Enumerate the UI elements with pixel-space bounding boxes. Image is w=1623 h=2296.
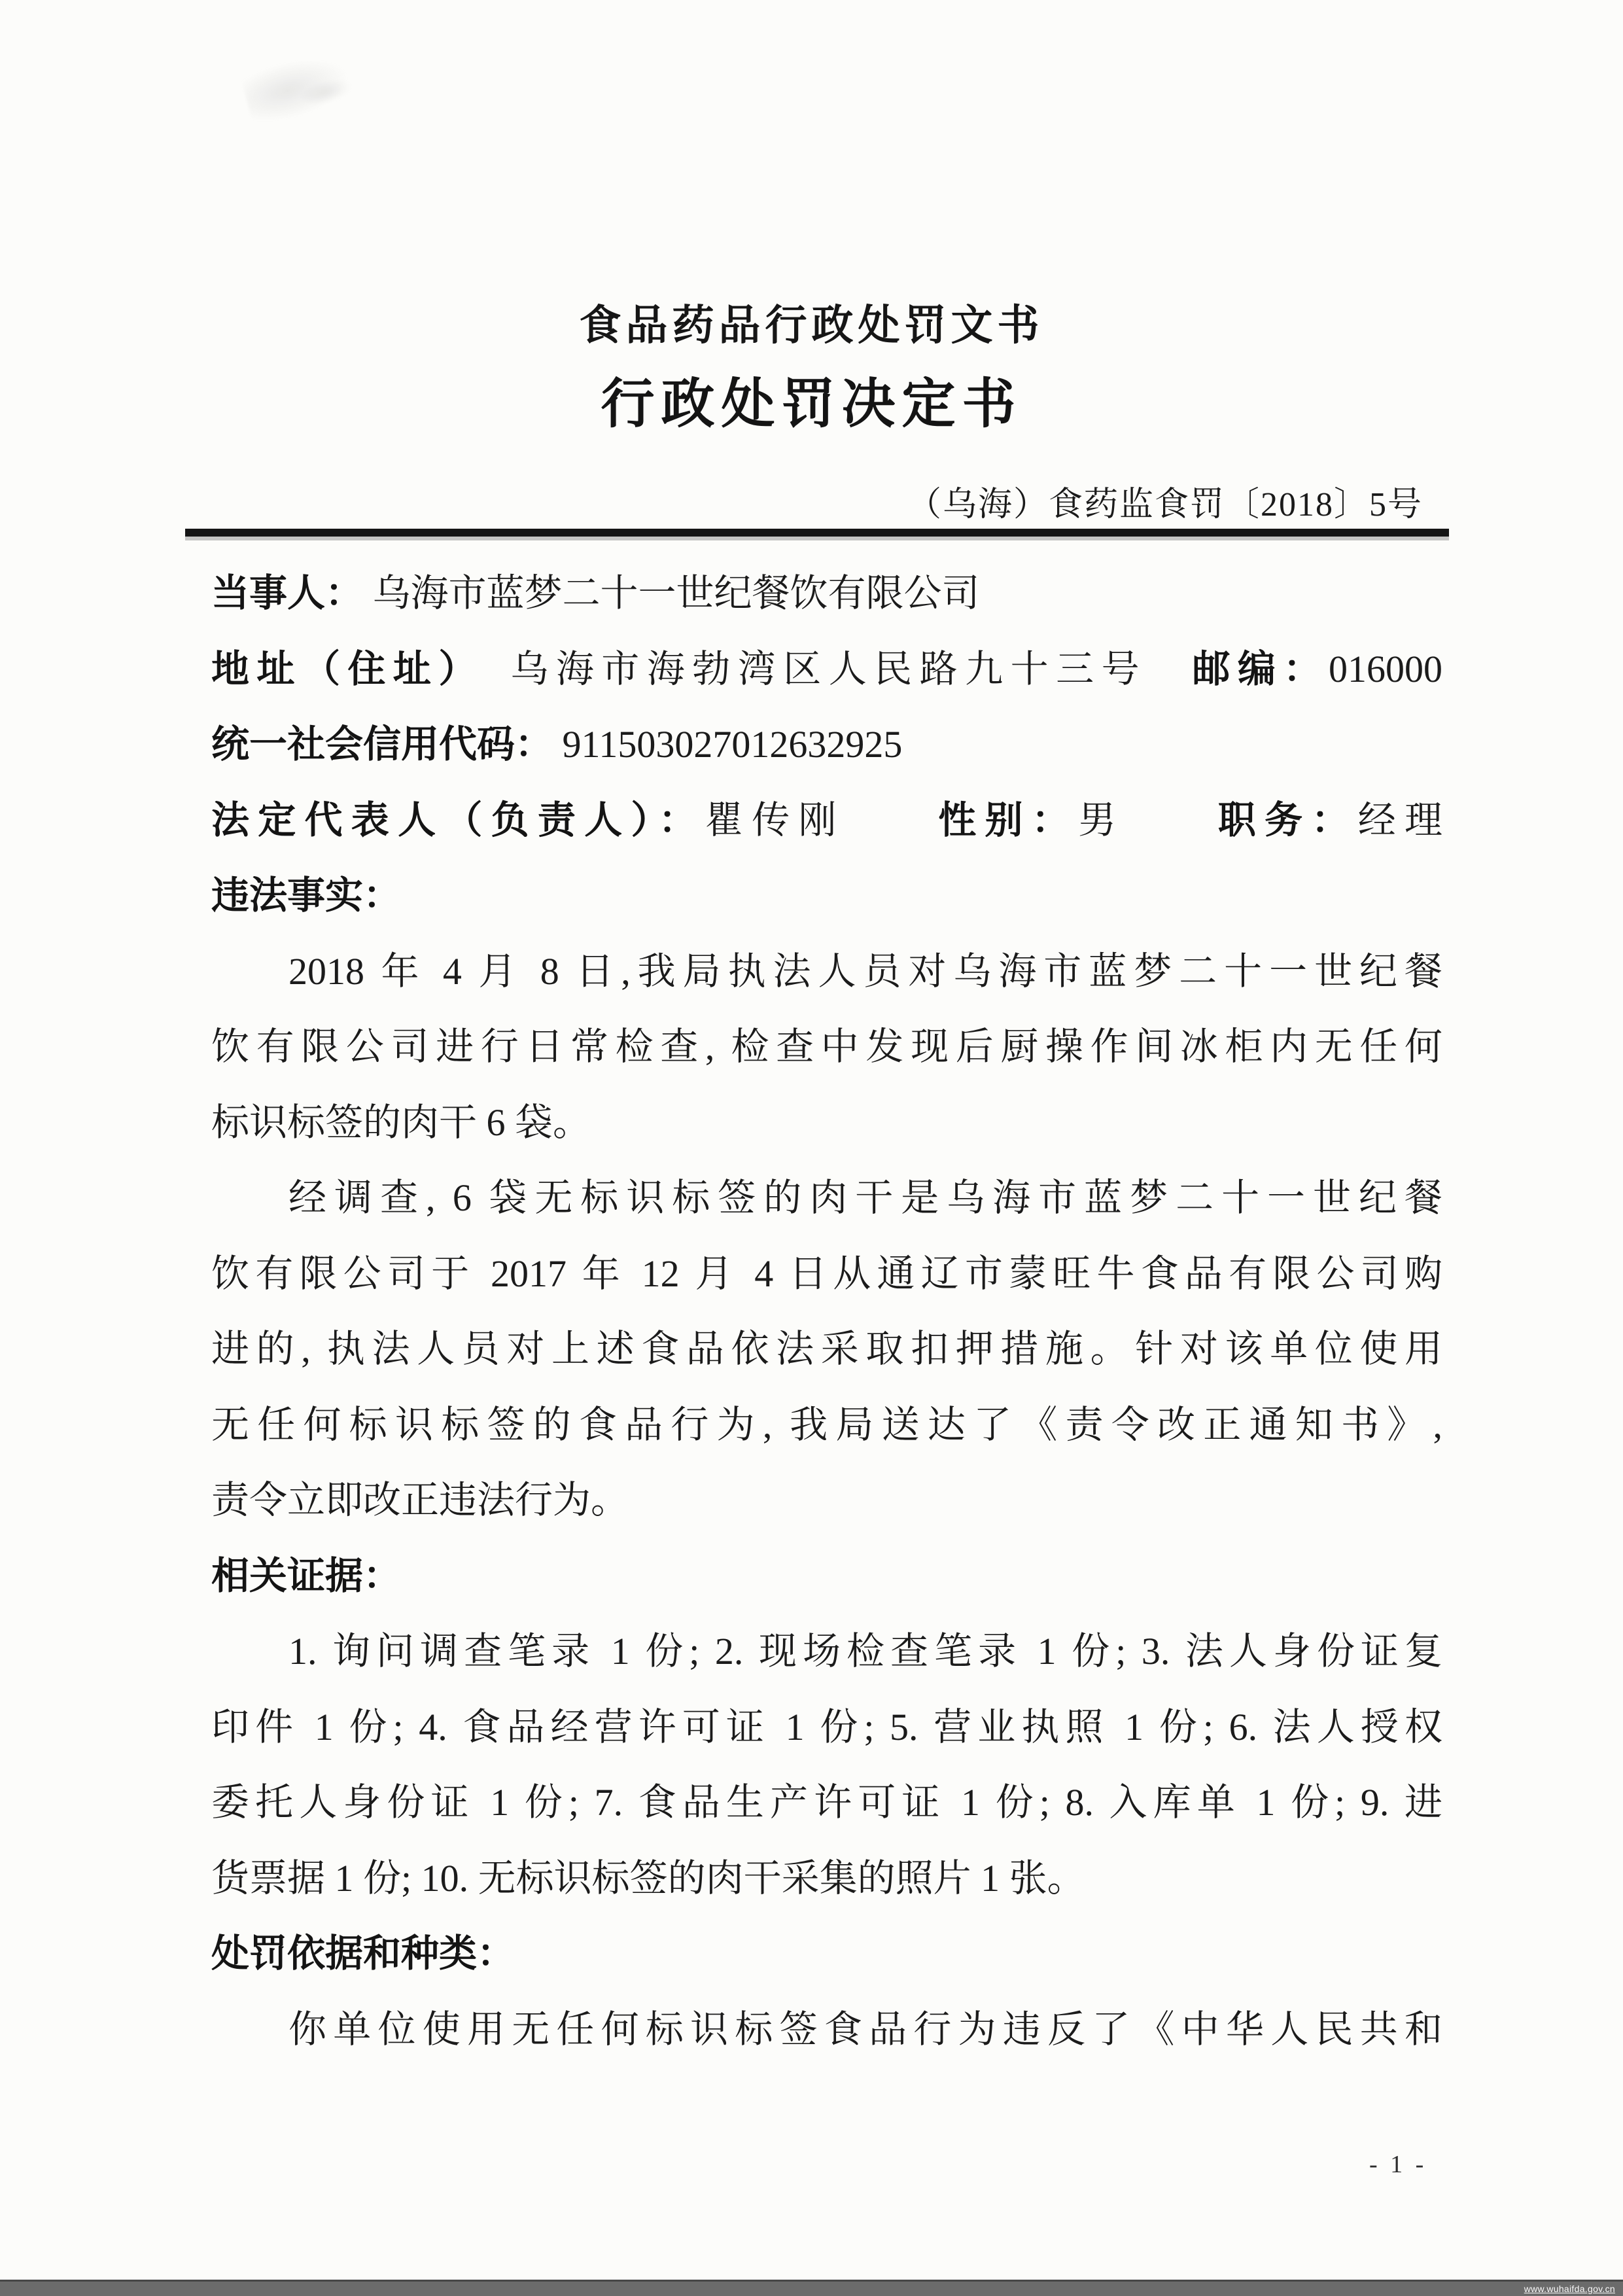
- field-label: 职务：: [1125, 799, 1357, 841]
- field-label: 法定代表人（负责人）：: [211, 799, 705, 841]
- penalty-basis-heading: 处罚依据和种类：: [211, 1916, 1442, 1992]
- field-label: 统一社会信用代码：: [211, 723, 553, 766]
- field-label: 性别：: [845, 799, 1078, 841]
- evidence-line4: 货票据 1 份; 10. 无标识标签的肉干采集的照片 1 张。: [211, 1841, 1442, 1916]
- facts-paragraph2-line4: 无任何标识标签的食品行为, 我局送达了《责令改正通知书》,: [211, 1387, 1442, 1463]
- penalty-paragraph-line1: 你单位使用无任何标识标签食品行为违反了《中华人民共和: [211, 1992, 1442, 2068]
- facts-paragraph2-line5: 责令立即改正违法行为。: [211, 1462, 1442, 1538]
- field-value: 印件 1 份; 4. 食品经营许可证 1 份; 5. 营业执照 1 份; 6. …: [211, 1706, 1442, 1748]
- document-category-title: 食品药品行政处罚文书: [0, 292, 1623, 352]
- credit-code-line: 统一社会信用代码： 911503027012632925: [211, 707, 1442, 783]
- field-value: 经理: [1358, 799, 1442, 841]
- field-value: 瞿传刚: [705, 799, 845, 841]
- field-value: 委托人身份证 1 份; 7. 食品生产许可证 1 份; 8. 入库单 1 份; …: [211, 1781, 1442, 1824]
- party-line: 当事人： 乌海市蓝梦二十一世纪餐饮有限公司: [211, 556, 1442, 631]
- document-number: （乌海）食药监食罚〔2018〕5号: [907, 476, 1423, 525]
- evidence-line2: 印件 1 份; 4. 食品经营许可证 1 份; 5. 营业执照 1 份; 6. …: [211, 1689, 1442, 1765]
- field-value: 乌海市海勃湾区人民路九十三号: [465, 648, 1147, 690]
- facts-paragraph1-line3: 标识标签的肉干 6 袋。: [211, 1085, 1442, 1161]
- facts-paragraph2-line2: 饮有限公司于 2017 年 12 月 4 日从通辽市蒙旺牛食品有限公司购: [211, 1236, 1442, 1312]
- scanned-penalty-document-page: 食品药品行政处罚文书 行政处罚决定书 （乌海）食药监食罚〔2018〕5号 当事人…: [0, 0, 1623, 2296]
- legal-representative-line: 法定代表人（负责人）：瞿传刚 性别：男 职务：经理: [211, 783, 1442, 858]
- facts-paragraph2-line3: 进的, 执法人员对上述食品依法采取扣押措施。针对该单位使用: [211, 1311, 1442, 1387]
- field-value: 进的, 执法人员对上述食品依法采取扣押措施。针对该单位使用: [211, 1328, 1442, 1370]
- facts-paragraph1-line2: 饮有限公司进行日常检查, 检查中发现后厨操作间冰柜内无任何: [211, 1009, 1442, 1085]
- field-label: 邮编：: [1147, 648, 1329, 690]
- field-label: 地址（住址）: [211, 648, 465, 690]
- field-value: 饮有限公司进行日常检查, 检查中发现后厨操作间冰柜内无任何: [211, 1025, 1442, 1068]
- field-value: 016000: [1329, 648, 1442, 690]
- field-value: 责令立即改正违法行为。: [211, 1479, 629, 1521]
- field-label: 违法事实：: [211, 874, 401, 917]
- facts-heading: 违法事实：: [211, 858, 1442, 934]
- field-label: 相关证据：: [211, 1555, 401, 1597]
- field-value: 无任何标识标签的食品行为, 我局送达了《责令改正通知书》,: [211, 1404, 1442, 1446]
- field-value: 2018 年 4 月 8 日,我局执法人员对乌海市蓝梦二十一世纪餐: [288, 950, 1442, 993]
- field-value: 男: [1078, 799, 1125, 841]
- field-label: 当事人：: [211, 572, 363, 614]
- evidence-heading: 相关证据：: [211, 1538, 1442, 1614]
- document-body: 当事人： 乌海市蓝梦二十一世纪餐饮有限公司地址（住址） 乌海市海勃湾区人民路九十…: [211, 556, 1442, 2067]
- facts-paragraph1-line1: 2018 年 4 月 8 日,我局执法人员对乌海市蓝梦二十一世纪餐: [211, 934, 1442, 1010]
- field-value: 饮有限公司于 2017 年 12 月 4 日从通辽市蒙旺牛食品有限公司购: [211, 1252, 1442, 1295]
- field-value: 1. 询问调查笔录 1 份; 2. 现场检查笔录 1 份; 3. 法人身份证复: [288, 1630, 1442, 1672]
- website-link[interactable]: www.wuhaifda.gov.cn: [1524, 2284, 1615, 2294]
- field-label: 处罚依据和种类：: [211, 1932, 515, 1975]
- page-number: - 1 -: [1369, 2150, 1427, 2179]
- evidence-line1: 1. 询问调查笔录 1 份; 2. 现场检查笔录 1 份; 3. 法人身份证复: [211, 1614, 1442, 1689]
- field-value: 经调查, 6 袋无标识标签的肉干是乌海市蓝梦二十一世纪餐: [288, 1176, 1442, 1219]
- field-value: 标识标签的肉干 6 袋。: [211, 1101, 591, 1144]
- facts-paragraph2-line1: 经调查, 6 袋无标识标签的肉干是乌海市蓝梦二十一世纪餐: [211, 1160, 1442, 1236]
- evidence-line3: 委托人身份证 1 份; 7. 食品生产许可证 1 份; 8. 入库单 1 份; …: [211, 1765, 1442, 1841]
- field-value: 乌海市蓝梦二十一世纪餐饮有限公司: [363, 572, 980, 614]
- field-value: 货票据 1 份; 10. 无标识标签的肉干采集的照片 1 张。: [211, 1857, 1085, 1899]
- scan-smudge: [240, 48, 355, 128]
- header-divider-rule: [185, 529, 1449, 537]
- footer-bar: www.wuhaifda.gov.cn: [0, 2280, 1623, 2296]
- field-value: 911503027012632925: [553, 723, 902, 766]
- address-line: 地址（住址） 乌海市海勃湾区人民路九十三号 邮编：016000: [211, 631, 1442, 707]
- document-title: 行政处罚决定书: [0, 361, 1623, 438]
- field-value: 你单位使用无任何标识标签食品行为违反了《中华人民共和: [288, 2008, 1442, 2051]
